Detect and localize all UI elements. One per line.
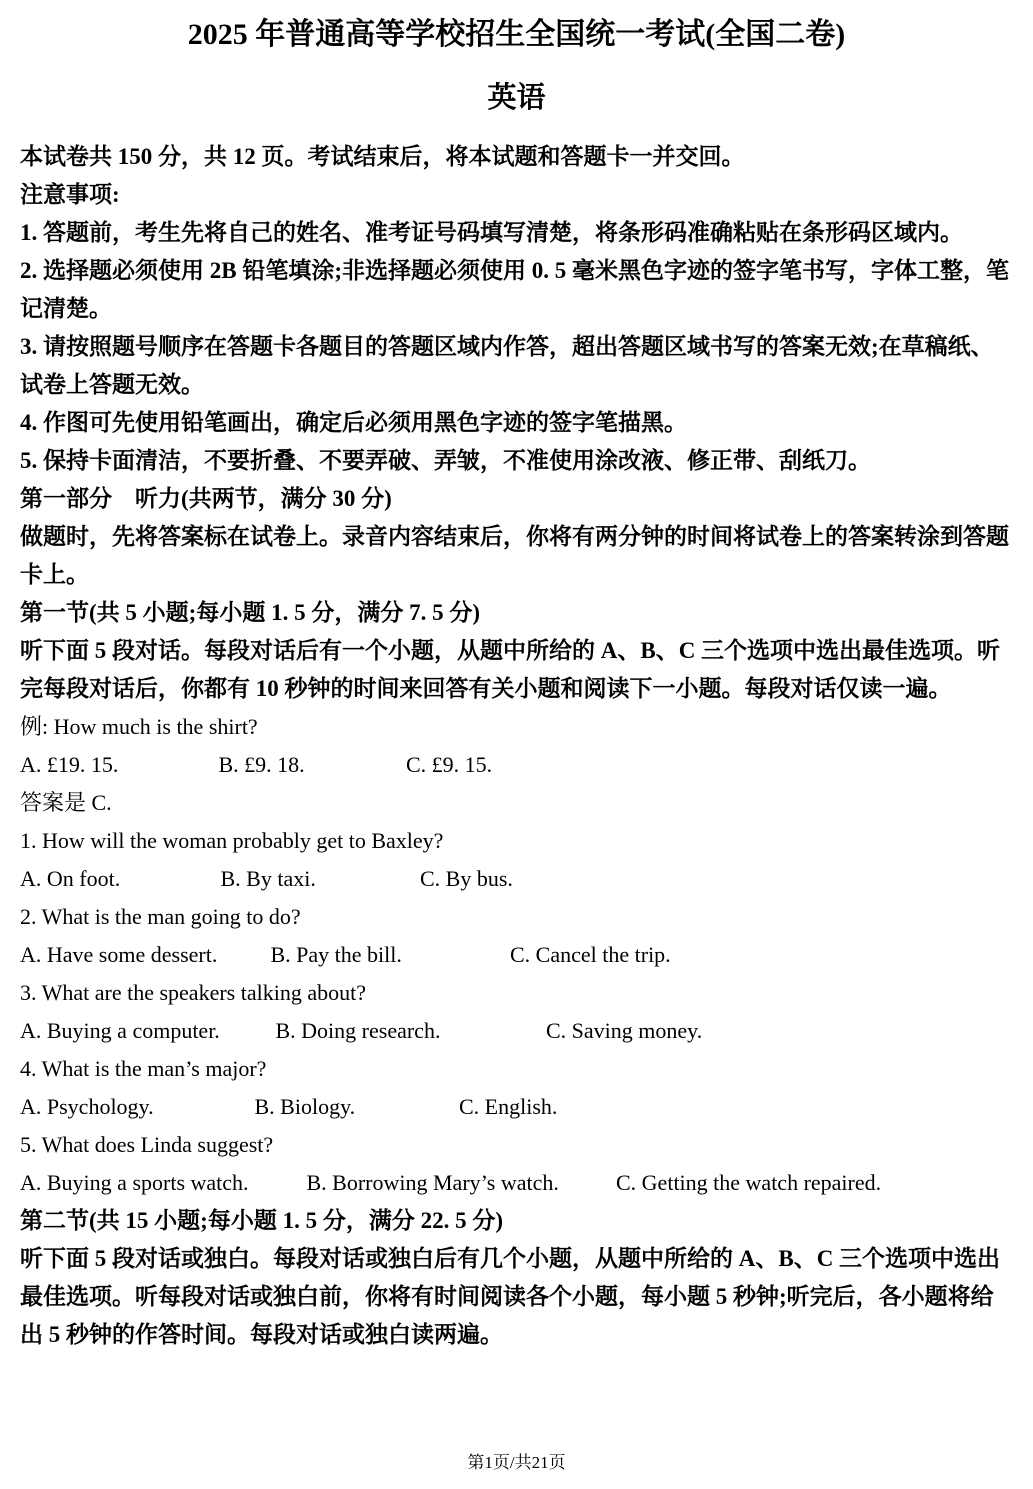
option-b: B. Borrowing Mary’s watch.: [307, 1164, 611, 1202]
example-question-block: 例: How much is the shirt? A. £19. 15. B.…: [20, 708, 1013, 822]
notice-item-2: 2. 选择题必须使用 2B 铅笔填涂;非选择题必须使用 0. 5 毫米黑色字迹的…: [20, 252, 1013, 328]
question-block-3: 3. What are the speakers talking about? …: [20, 974, 1013, 1050]
options-row: A. Psychology. B. Biology. C. English.: [20, 1088, 1013, 1126]
option-a: A. Have some dessert.: [20, 936, 265, 974]
options-row: A. Have some dessert. B. Pay the bill. C…: [20, 936, 1013, 974]
section2-heading: 第二节(共 15 小题;每小题 1. 5 分，满分 22. 5 分): [20, 1202, 1013, 1240]
question-block-4: 4. What is the man’s major? A. Psycholog…: [20, 1050, 1013, 1126]
option-b: B. Doing research.: [276, 1012, 541, 1050]
options-row: A. Buying a computer. B. Doing research.…: [20, 1012, 1013, 1050]
section2-instructions: 听下面 5 段对话或独白。每段对话或独白后有几个小题，从题中所给的 A、B、C …: [20, 1240, 1013, 1354]
example-question-text: 例: How much is the shirt?: [20, 708, 1013, 746]
intro-paragraph: 本试卷共 150 分，共 12 页。考试结束后，将本试题和答题卡一并交回。: [20, 138, 1013, 176]
example-options-row: A. £19. 15. B. £9. 18. C. £9. 15.: [20, 746, 1013, 784]
option-b: B. By taxi.: [221, 860, 415, 898]
notice-item-1: 1. 答题前，考生先将自己的姓名、准考证号码填写清楚，将条形码准确粘贴在条形码区…: [20, 214, 1013, 252]
option-a: A. Psychology.: [20, 1088, 249, 1126]
option-c: C. Cancel the trip.: [510, 936, 671, 974]
option-b: B. Pay the bill.: [271, 936, 505, 974]
question-text: 5. What does Linda suggest?: [20, 1126, 1013, 1164]
question-text: 1. How will the woman probably get to Ba…: [20, 822, 1013, 860]
option-c: C. By bus.: [420, 860, 513, 898]
option-b: B. Biology.: [255, 1088, 454, 1126]
option-a: A. Buying a computer.: [20, 1012, 270, 1050]
section1-heading: 第一节(共 5 小题;每小题 1. 5 分，满分 7. 5 分): [20, 594, 1013, 632]
option-a: A. Buying a sports watch.: [20, 1164, 301, 1202]
notice-item-4: 4. 作图可先使用铅笔画出，确定后必须用黑色字迹的签字笔描黑。: [20, 404, 1013, 442]
section1-instructions: 听下面 5 段对话。每段对话后有一个小题，从题中所给的 A、B、C 三个选项中选…: [20, 632, 1013, 708]
options-row: A. On foot. B. By taxi. C. By bus.: [20, 860, 1013, 898]
part1-heading: 第一部分 听力(共两节，满分 30 分): [20, 480, 1013, 518]
part1-instructions: 做题时，先将答案标在试卷上。录音内容结束后，你将有两分钟的时间将试卷上的答案转涂…: [20, 518, 1013, 594]
question-text: 2. What is the man going to do?: [20, 898, 1013, 936]
question-text: 3. What are the speakers talking about?: [20, 974, 1013, 1012]
example-answer-text: 答案是 C.: [20, 784, 1013, 822]
page-title: 2025 年普通高等学校招生全国统一考试(全国二卷): [20, 16, 1013, 54]
option-a: A. On foot.: [20, 860, 215, 898]
document-body: 本试卷共 150 分，共 12 页。考试结束后，将本试题和答题卡一并交回。 注意…: [20, 138, 1013, 1354]
example-option-a: A. £19. 15.: [20, 746, 213, 784]
option-c: C. Getting the watch repaired.: [616, 1164, 881, 1202]
option-c: C. Saving money.: [546, 1012, 702, 1050]
subject-title: 英语: [20, 80, 1013, 116]
example-option-c: C. £9. 15.: [406, 746, 492, 784]
question-block-5: 5. What does Linda suggest? A. Buying a …: [20, 1126, 1013, 1202]
question-block-2: 2. What is the man going to do? A. Have …: [20, 898, 1013, 974]
options-row: A. Buying a sports watch. B. Borrowing M…: [20, 1164, 1013, 1202]
notice-item-5: 5. 保持卡面清洁，不要折叠、不要弄破、弄皱，不准使用涂改液、修正带、刮纸刀。: [20, 442, 1013, 480]
page-number-footer: 第1页/共21页: [0, 1448, 1033, 1473]
example-option-b: B. £9. 18.: [219, 746, 401, 784]
option-c: C. English.: [459, 1088, 557, 1126]
notice-item-3: 3. 请按照题号顺序在答题卡各题目的答题区域内作答，超出答题区域书写的答案无效;…: [20, 328, 1013, 404]
question-text: 4. What is the man’s major?: [20, 1050, 1013, 1088]
question-block-1: 1. How will the woman probably get to Ba…: [20, 822, 1013, 898]
notice-heading: 注意事项:: [20, 176, 1013, 214]
exam-paper-page: 2025 年普通高等学校招生全国统一考试(全国二卷) 英语 本试卷共 150 分…: [0, 0, 1033, 1489]
